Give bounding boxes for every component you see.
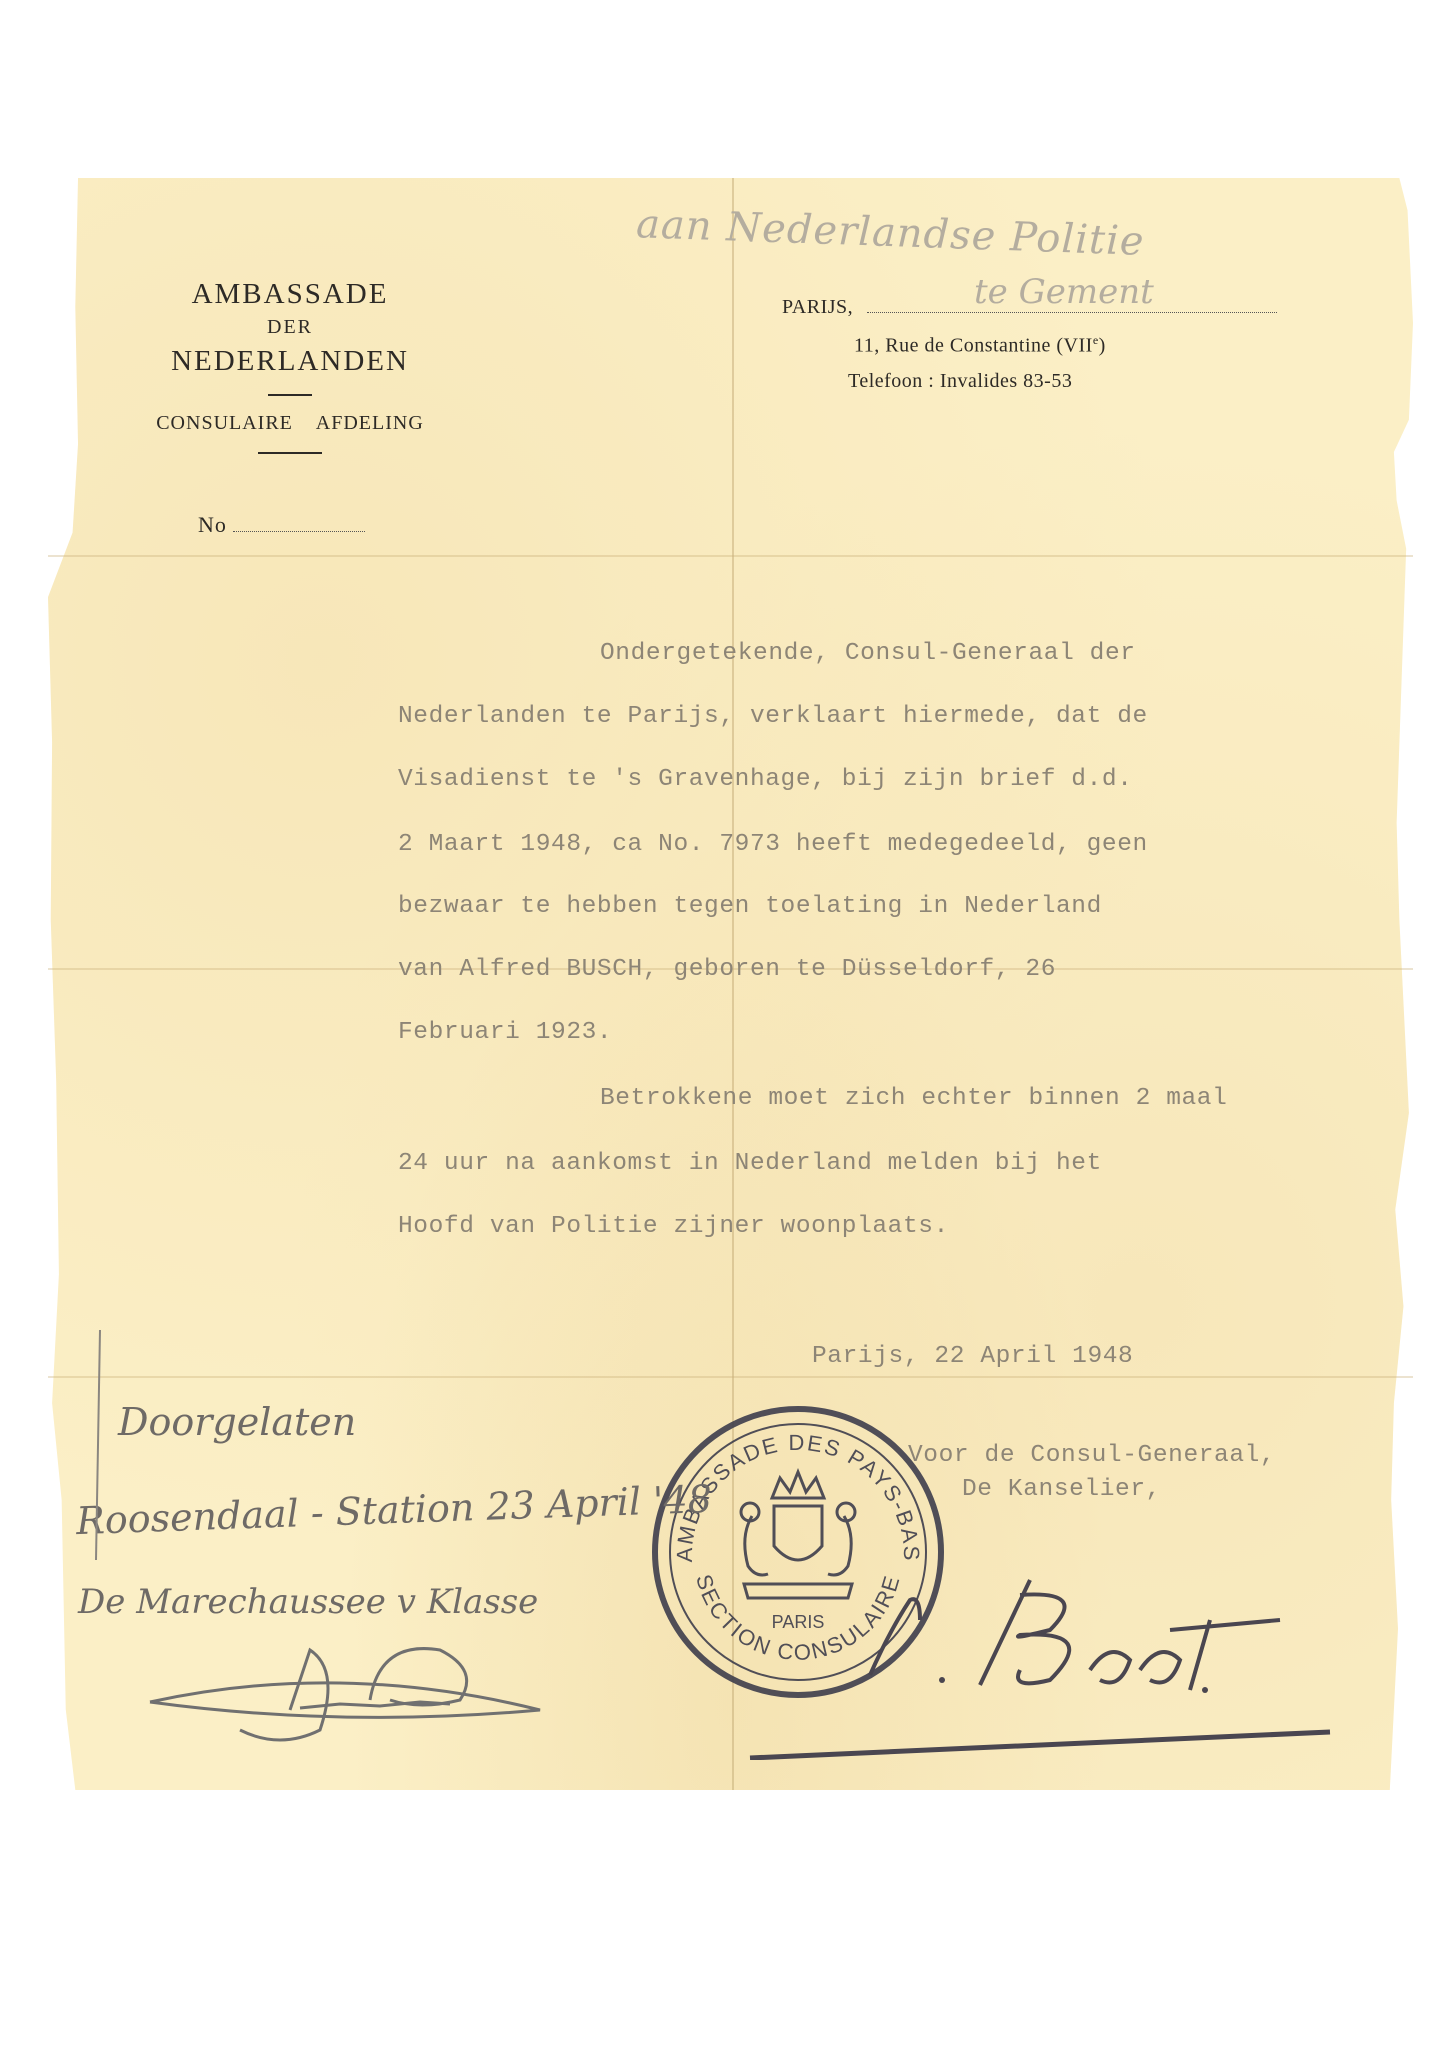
address: 11, Rue de Constantine (VIIe): [854, 333, 1277, 358]
address-close: ): [1099, 335, 1106, 357]
signatory-line1: Voor de Consul-Generaal,: [908, 1442, 1275, 1469]
body-line: 2 Maart 1948, ca No. 7973 heeft medegede…: [398, 831, 1148, 858]
letterhead-consulaire-afdeling: CONSULAIRE AFDELING: [120, 408, 460, 438]
body-line: Betrokkene moet zich echter binnen 2 maa…: [600, 1085, 1227, 1112]
handwritten-note-line3: De Marechaussee v Klasse: [78, 1582, 538, 1622]
letterhead-rule: [268, 394, 312, 396]
pencil-mark-icon: [80, 1330, 120, 1570]
body-line: Nederlanden te Parijs, verklaart hiermed…: [398, 703, 1148, 730]
number-label: No: [198, 512, 227, 537]
handwritten-signature-icon: [140, 1630, 600, 1750]
signature-boot: [720, 1560, 1360, 1760]
letterhead-der: DER: [120, 312, 460, 342]
body-line: van Alfred BUSCH, geboren te Düsseldorf,…: [398, 956, 1056, 983]
telephone: Telefoon : Invalides 83-53: [848, 370, 1277, 393]
address-text: 11, Rue de Constantine (VII: [854, 335, 1093, 357]
body-line: Hoofd van Politie zijner woonplaats.: [398, 1213, 949, 1240]
body-line: bezwaar te hebben tegen toelating in Ned…: [398, 893, 1102, 920]
handwritten-note-line1: Doorgelaten: [118, 1400, 356, 1444]
place-date: Parijs, 22 April 1948: [812, 1343, 1133, 1370]
body-line: Visadienst te 's Gravenhage, bij zijn br…: [398, 766, 1133, 793]
number-dotted-line: [233, 531, 365, 532]
reference-number-field: No: [198, 512, 365, 538]
signatory-line2: De Kanselier,: [962, 1476, 1161, 1503]
horizontal-fold-line: [48, 1376, 1413, 1378]
body-line: 24 uur na aankomst in Nederland melden b…: [398, 1150, 1102, 1177]
letterhead-nederlanden: NEDERLANDEN: [120, 342, 460, 380]
date-dotted-line: [867, 312, 1277, 313]
letterhead-left: AMBASSADE DER NEDERLANDEN CONSULAIRE AFD…: [120, 276, 460, 454]
horizontal-fold-line: [48, 555, 1413, 557]
body-line: Ondergetekende, Consul-Generaal der: [600, 640, 1136, 667]
letterhead-ambassade: AMBASSADE: [120, 276, 460, 312]
pencil-annotation-line2: te Gement: [974, 272, 1154, 312]
body-line: Februari 1923.: [398, 1019, 612, 1046]
city-label: PARIJS,: [782, 296, 853, 318]
letterhead-rule: [258, 452, 322, 454]
